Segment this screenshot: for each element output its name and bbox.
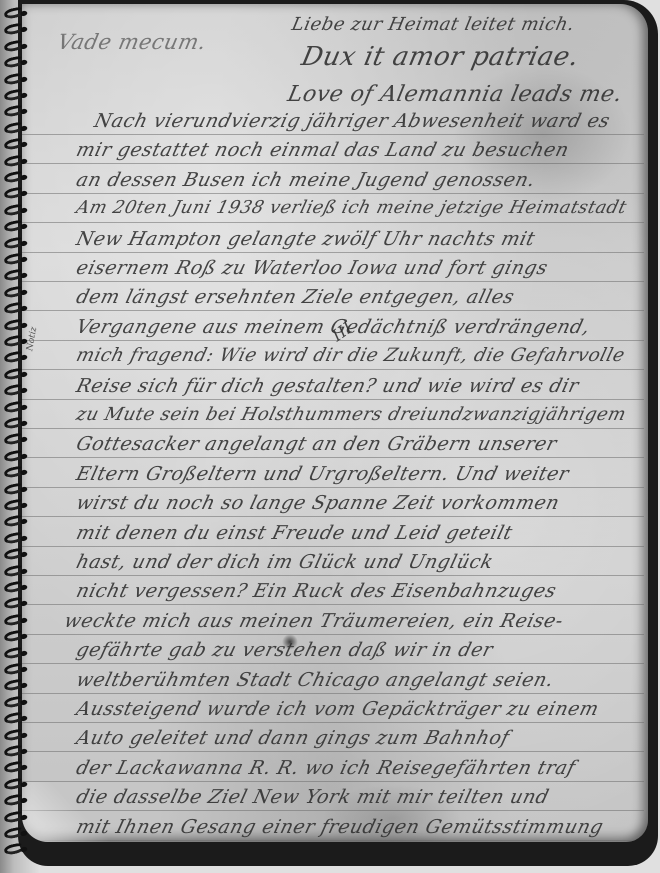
spiral-coil [3, 301, 25, 315]
handwritten-line: Am 20ten Juni 1938 verließ ich meine jet… [74, 198, 629, 218]
handwritten-line: zu Mute sein bei Holsthummers dreiundzwa… [74, 404, 628, 425]
spiral-coil [3, 318, 25, 332]
spiral-coil [3, 367, 25, 381]
ruled-line [22, 457, 644, 458]
handwritten-line: Vergangene aus meinem Gedächtniß verdrän… [74, 316, 592, 338]
handwritten-line: die dasselbe Ziel New York mit mir teilt… [74, 786, 551, 808]
handwritten-line: dem längst ersehnten Ziele entgegen, all… [74, 286, 517, 308]
spiral-coil [3, 400, 25, 414]
spiral-coil [3, 629, 25, 643]
spiral-coil [3, 498, 25, 512]
notebook-page: Vade mecum. Liebe zur Heimat leitet mich… [22, 4, 648, 842]
spiral-coil [3, 55, 25, 69]
spiral-coil [3, 22, 25, 36]
spiral-coil [3, 482, 25, 496]
header-left-note: Vade mecum. [55, 30, 208, 54]
spiral-coil [3, 252, 25, 266]
spiral-coil [3, 268, 25, 282]
ruled-line [22, 281, 644, 282]
handwritten-line: mit denen du einst Freude und Leid getei… [74, 522, 515, 544]
ruled-line [22, 634, 644, 635]
header-motto-latin: Dux it amor patriae. [299, 42, 582, 72]
header-motto-english: Love of Alemannia leads me. [285, 82, 624, 107]
handwritten-line: gefährte gab zu verstehen daß wir in der [74, 639, 495, 661]
spiral-binding [0, 4, 34, 864]
spiral-coil [3, 826, 25, 840]
spiral-coil [3, 285, 25, 299]
spiral-coil [3, 760, 25, 774]
ruled-line [22, 604, 644, 605]
spiral-coil [3, 695, 25, 709]
spiral-coil [3, 662, 25, 676]
handwritten-line: New Hampton gelangte zwölf Uhr nachts mi… [74, 228, 538, 250]
spiral-coil [3, 383, 25, 397]
spiral-coil [3, 777, 25, 791]
spiral-coil [3, 219, 25, 233]
spiral-coil [3, 564, 25, 578]
spiral-coil [3, 678, 25, 692]
handwritten-line: Gottesacker angelangt an den Gräbern uns… [74, 433, 559, 455]
ruled-line [22, 340, 644, 341]
ruled-line [22, 722, 644, 723]
spiral-coil [3, 6, 25, 20]
ruled-line [22, 751, 644, 752]
spiral-coil [3, 88, 25, 102]
spiral-coil [3, 104, 25, 118]
spiral-coil [3, 465, 25, 479]
ruled-line [22, 222, 644, 223]
spiral-coil [3, 186, 25, 200]
spiral-coil [3, 236, 25, 250]
ruled-line [22, 369, 644, 370]
spiral-coil [3, 580, 25, 594]
spiral-coil [3, 154, 25, 168]
scanned-notebook-scene: Vade mecum. Liebe zur Heimat leitet mich… [0, 0, 660, 873]
ruled-line [22, 693, 644, 694]
handwritten-line: Reise sich für dich gestalten? und wie w… [74, 375, 581, 397]
spiral-coil [3, 39, 25, 53]
handwritten-line: weckte mich aus meinen Träumereien, ein … [62, 610, 566, 632]
spiral-coil [3, 350, 25, 364]
spiral-coil [3, 137, 25, 151]
ruled-line [22, 663, 644, 664]
handwritten-line: Nach vierundvierzig jähriger Abwesenheit… [92, 110, 612, 132]
handwritten-line: Aussteigend wurde ich vom Gepäckträger z… [74, 698, 601, 720]
spiral-coil [3, 596, 25, 610]
header-motto-german: Liebe zur Heimat leitet mich. [290, 14, 577, 35]
ruled-line [22, 428, 644, 429]
spiral-coil [3, 728, 25, 742]
ruled-line [22, 487, 644, 488]
spiral-coil [3, 334, 25, 348]
handwritten-line: eisernem Roß zu Waterloo Iowa und fort g… [74, 257, 550, 279]
spiral-coil [3, 613, 25, 627]
handwritten-line: mich fragend: Wie wird dir die Zukunft, … [74, 345, 627, 366]
spiral-coil [3, 646, 25, 660]
handwritten-line: nicht vergessen? Ein Ruck des Eisenbahnz… [74, 580, 559, 602]
spiral-coil [3, 449, 25, 463]
handwritten-line: mir gestattet noch einmal das Land zu be… [74, 139, 571, 161]
spiral-coil [3, 531, 25, 545]
spiral-coil [3, 547, 25, 561]
spiral-coil [3, 810, 25, 824]
ruled-line [22, 516, 644, 517]
handwritten-line: weltberühmten Stadt Chicago angelangt se… [74, 669, 556, 691]
ruled-line [22, 840, 644, 841]
spiral-coil [3, 432, 25, 446]
ruled-line [22, 399, 644, 400]
spiral-coil [3, 121, 25, 135]
spiral-coil [3, 514, 25, 528]
ruled-line [22, 546, 644, 547]
spiral-coil [3, 842, 25, 856]
handwritten-line: Auto geleitet und dann gings zum Bahnhof [74, 727, 512, 749]
ruled-line [22, 781, 644, 782]
handwritten-line: der Lackawanna R. R. wo ich Reisegefährt… [74, 757, 578, 779]
spiral-coil [3, 711, 25, 725]
ruled-line [22, 310, 644, 311]
ruled-line [22, 252, 644, 253]
spiral-coil [3, 72, 25, 86]
ruled-line [22, 575, 644, 576]
spiral-coil [3, 203, 25, 217]
spiral-coil [3, 793, 25, 807]
spiral-coil [3, 416, 25, 430]
handwritten-line: Eltern Großeltern und Urgroßeltern. Und … [74, 463, 571, 485]
handwritten-line: hast, und der dich im Glück und Unglück [74, 551, 496, 573]
spiral-coil [3, 744, 25, 758]
spiral-coil [3, 170, 25, 184]
handwritten-line: an dessen Busen ich meine Jugend genosse… [74, 169, 538, 191]
handwritten-line: mit Ihnen Gesang einer freudigen Gemütss… [74, 816, 606, 838]
handwritten-line: wirst du noch so lange Spanne Zeit vorko… [74, 492, 562, 514]
